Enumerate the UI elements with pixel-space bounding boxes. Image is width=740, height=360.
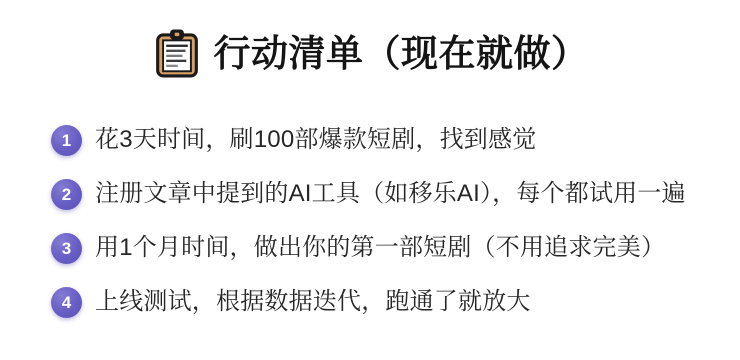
list-item: 3 用1个月时间，做出你的第一部短剧（不用追求完美） [0, 221, 740, 275]
clipboard-icon [152, 28, 202, 79]
list-item-text: 上线测试，根据数据迭代，跑通了就放大 [95, 288, 531, 317]
list-item-text: 花3天时间，刷100部爆款短剧，找到感觉 [95, 126, 536, 155]
list-item: 2 注册文章中提到的AI工具（如移乐AI），每个都试用一遍 [0, 167, 740, 221]
step-number-badge: 2 [51, 179, 82, 210]
list-item-text: 注册文章中提到的AI工具（如移乐AI），每个都试用一遍 [95, 180, 686, 209]
page-title: 行动清单（现在就做） [214, 35, 589, 72]
poster-header: 行动清单（现在就做） [0, 0, 740, 80]
action-checklist-poster: 行动清单（现在就做） 1 花3天时间，刷100部爆款短剧，找到感觉 2 注册文章… [0, 0, 740, 360]
action-list: 1 花3天时间，刷100部爆款短剧，找到感觉 2 注册文章中提到的AI工具（如移… [0, 113, 740, 329]
list-item: 1 花3天时间，刷100部爆款短剧，找到感觉 [0, 113, 740, 167]
list-item-text: 用1个月时间，做出你的第一部短剧（不用追求完美） [95, 234, 665, 263]
list-item: 4 上线测试，根据数据迭代，跑通了就放大 [0, 275, 740, 329]
step-number-badge: 4 [51, 287, 82, 318]
step-number-badge: 3 [51, 233, 82, 264]
step-number-badge: 1 [51, 125, 82, 156]
